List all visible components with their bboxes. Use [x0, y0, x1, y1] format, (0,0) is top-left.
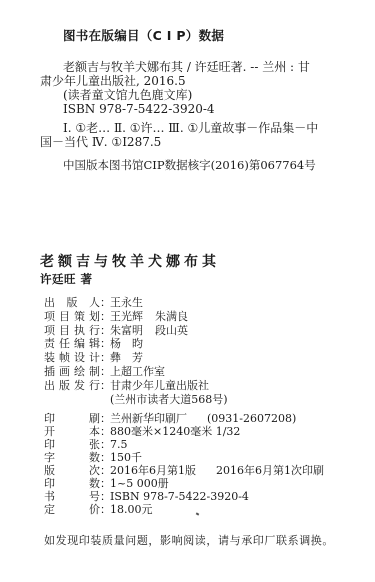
- credit-row-address: (兰州市读者大道568号): [44, 393, 228, 407]
- spec-row-sheets: 印张 ： 7.5: [44, 438, 324, 451]
- spec-value: 18.00元: [110, 503, 153, 516]
- credit-colon: ：: [100, 296, 110, 310]
- spec-value: 880毫米×1240毫米 1/32: [110, 425, 240, 438]
- spec-label: 定价: [44, 503, 100, 516]
- spec-value-item: 1~5 000册: [110, 477, 169, 490]
- cip-main-entry-continued: 肃少年儿童出版社, 2016.5: [40, 74, 186, 88]
- spec-colon: ：: [100, 464, 110, 477]
- spec-value: 2016年6月第1版2016年6月第1次印刷: [110, 464, 324, 477]
- book-title: 老额吉与牧羊犬娜布其: [40, 251, 220, 271]
- spec-value: 1~5 000册: [110, 477, 169, 490]
- spec-value-item: (0931-2607208): [207, 412, 296, 425]
- credit-row-distribution: 出版发行 ： 甘肃少年儿童出版社: [44, 379, 228, 393]
- spec-label: 印刷: [44, 412, 100, 425]
- spec-label: 印张: [44, 438, 100, 451]
- credit-colon: ：: [100, 365, 110, 379]
- credit-value: 王光辉朱满良: [110, 310, 188, 324]
- spec-label: 印数: [44, 477, 100, 490]
- spec-label: 字数: [44, 451, 100, 464]
- credit-colon: ：: [100, 337, 110, 351]
- credit-value-item: 王光辉: [110, 310, 143, 323]
- credit-value-item: 朱富明: [110, 324, 143, 337]
- credit-value: 甘肃少年儿童出版社: [110, 379, 209, 393]
- book-author: 许廷旺 著: [40, 271, 93, 287]
- credit-value-item: (兰州市读者大道568号): [110, 393, 228, 406]
- spec-colon: ：: [100, 490, 110, 503]
- spec-value-item: 150千: [110, 451, 142, 464]
- credit-value-item: 朱满良: [155, 310, 188, 323]
- credit-colon: ：: [100, 379, 110, 393]
- spec-value-item: 兰州新华印刷厂: [110, 412, 187, 425]
- credit-value-item: 甘肃少年儿童出版社: [110, 379, 209, 392]
- credit-label: 装帧设计: [44, 351, 100, 365]
- spec-label: 版次: [44, 464, 100, 477]
- spec-value-item: ISBN 978-7-5422-3920-4: [110, 490, 249, 503]
- cip-main-entry: 老额吉与牧羊犬娜布其 / 许廷旺著. -- 兰州 : 甘: [63, 60, 310, 74]
- spec-value-item: 880毫米×1240毫米 1/32: [110, 425, 240, 438]
- cip-record-number: 中国版本图书馆CIP数据核字(2016)第067764号: [63, 158, 316, 172]
- spec-label: 开本: [44, 425, 100, 438]
- spec-colon: ：: [100, 412, 110, 425]
- spec-row-edition: 版次 ： 2016年6月第1版2016年6月第1次印刷: [44, 464, 324, 477]
- credit-value: 朱富明段山英: [110, 324, 188, 338]
- spec-value-item: 2016年6月第1次印刷: [216, 464, 324, 477]
- specs-list: 印刷 ： 兰州新华印刷厂(0931-2607208) 开本 ： 880毫米×12…: [44, 412, 324, 516]
- credit-label: 出版发行: [44, 379, 100, 393]
- spec-label: 书号: [44, 490, 100, 503]
- cip-classification-line-2: 国－当代 Ⅳ. ①I287.5: [40, 135, 161, 149]
- quality-notice: 如发现印装质量问题，影响阅读，请与承印厂联系调换。: [44, 532, 334, 548]
- spec-row-isbn: 书号 ： ISBN 978-7-5422-3920-4: [44, 490, 324, 503]
- spec-colon: ：: [100, 438, 110, 451]
- spec-colon: ：: [100, 425, 110, 438]
- spec-colon: ：: [100, 477, 110, 490]
- credit-value-item: 杨 昀: [110, 337, 143, 350]
- spec-value: ISBN 978-7-5422-3920-4: [110, 490, 249, 503]
- credit-value-item: 彝 芳: [110, 351, 143, 364]
- spec-colon: ：: [100, 451, 110, 464]
- cip-classification-line-1: Ⅰ. ①老… Ⅱ. ①许… Ⅲ. ①儿童故事－作品集－中: [63, 121, 318, 135]
- credit-label: 项目执行: [44, 324, 100, 338]
- credit-value: 王永生: [110, 296, 143, 310]
- spec-value-item: 7.5: [110, 438, 128, 451]
- spec-value: 兰州新华印刷厂(0931-2607208): [110, 412, 296, 425]
- credit-colon: ：: [100, 351, 110, 365]
- spec-value-item: 18.00元: [110, 503, 153, 516]
- credit-value: 杨 昀: [110, 337, 143, 351]
- credit-value-item: 王永生: [110, 296, 143, 309]
- spec-row-printer: 印刷 ： 兰州新华印刷厂(0931-2607208): [44, 412, 324, 425]
- spec-row-format: 开本 ： 880毫米×1240毫米 1/32: [44, 425, 324, 438]
- credit-row-design: 装帧设计 ： 彝 芳: [44, 351, 228, 365]
- cip-heading: 图书在版编目（C I P）数据: [63, 26, 224, 44]
- credit-value: 彝 芳: [110, 351, 143, 365]
- credit-row-planning: 项目策划 ： 王光辉朱满良: [44, 310, 228, 324]
- credit-value-item: 段山英: [155, 324, 188, 337]
- spec-value-item: 2016年6月第1版: [110, 464, 196, 477]
- credit-value: (兰州市读者大道568号): [110, 393, 228, 407]
- credit-value-item: 上超工作室: [110, 365, 165, 378]
- cip-series: (读者童文馆九色鹿文库): [63, 88, 192, 102]
- credit-label: 插画绘制: [44, 365, 100, 379]
- credit-label: 项目策划: [44, 310, 100, 324]
- credits-list: 出版人 ： 王永生 项目策划 ： 王光辉朱满良 项目执行 ： 朱富明段山英 责任…: [44, 296, 228, 406]
- credit-row-illustration: 插画绘制 ： 上超工作室: [44, 365, 228, 379]
- credit-value: 上超工作室: [110, 365, 165, 379]
- spec-row-price: 定价 ： 18.00元: [44, 503, 324, 516]
- spec-value: 150千: [110, 451, 142, 464]
- spec-colon: ：: [100, 503, 110, 516]
- credit-colon: [100, 393, 110, 407]
- credit-label: 责任编辑: [44, 337, 100, 351]
- credit-row-publisher: 出版人 ： 王永生: [44, 296, 228, 310]
- spec-row-word-count: 字数 ： 150千: [44, 451, 324, 464]
- credit-label: 出版人: [44, 296, 100, 310]
- credit-label: [44, 393, 100, 407]
- cip-isbn: ISBN 978-7-5422-3920-4: [63, 102, 215, 116]
- credit-colon: ：: [100, 324, 110, 338]
- spec-row-print-run: 印数 ： 1~5 000册: [44, 477, 324, 490]
- credit-colon: ：: [100, 310, 110, 324]
- credit-row-editor: 责任编辑 ： 杨 昀: [44, 337, 228, 351]
- credit-row-execution: 项目执行 ： 朱富明段山英: [44, 324, 228, 338]
- spec-value: 7.5: [110, 438, 128, 451]
